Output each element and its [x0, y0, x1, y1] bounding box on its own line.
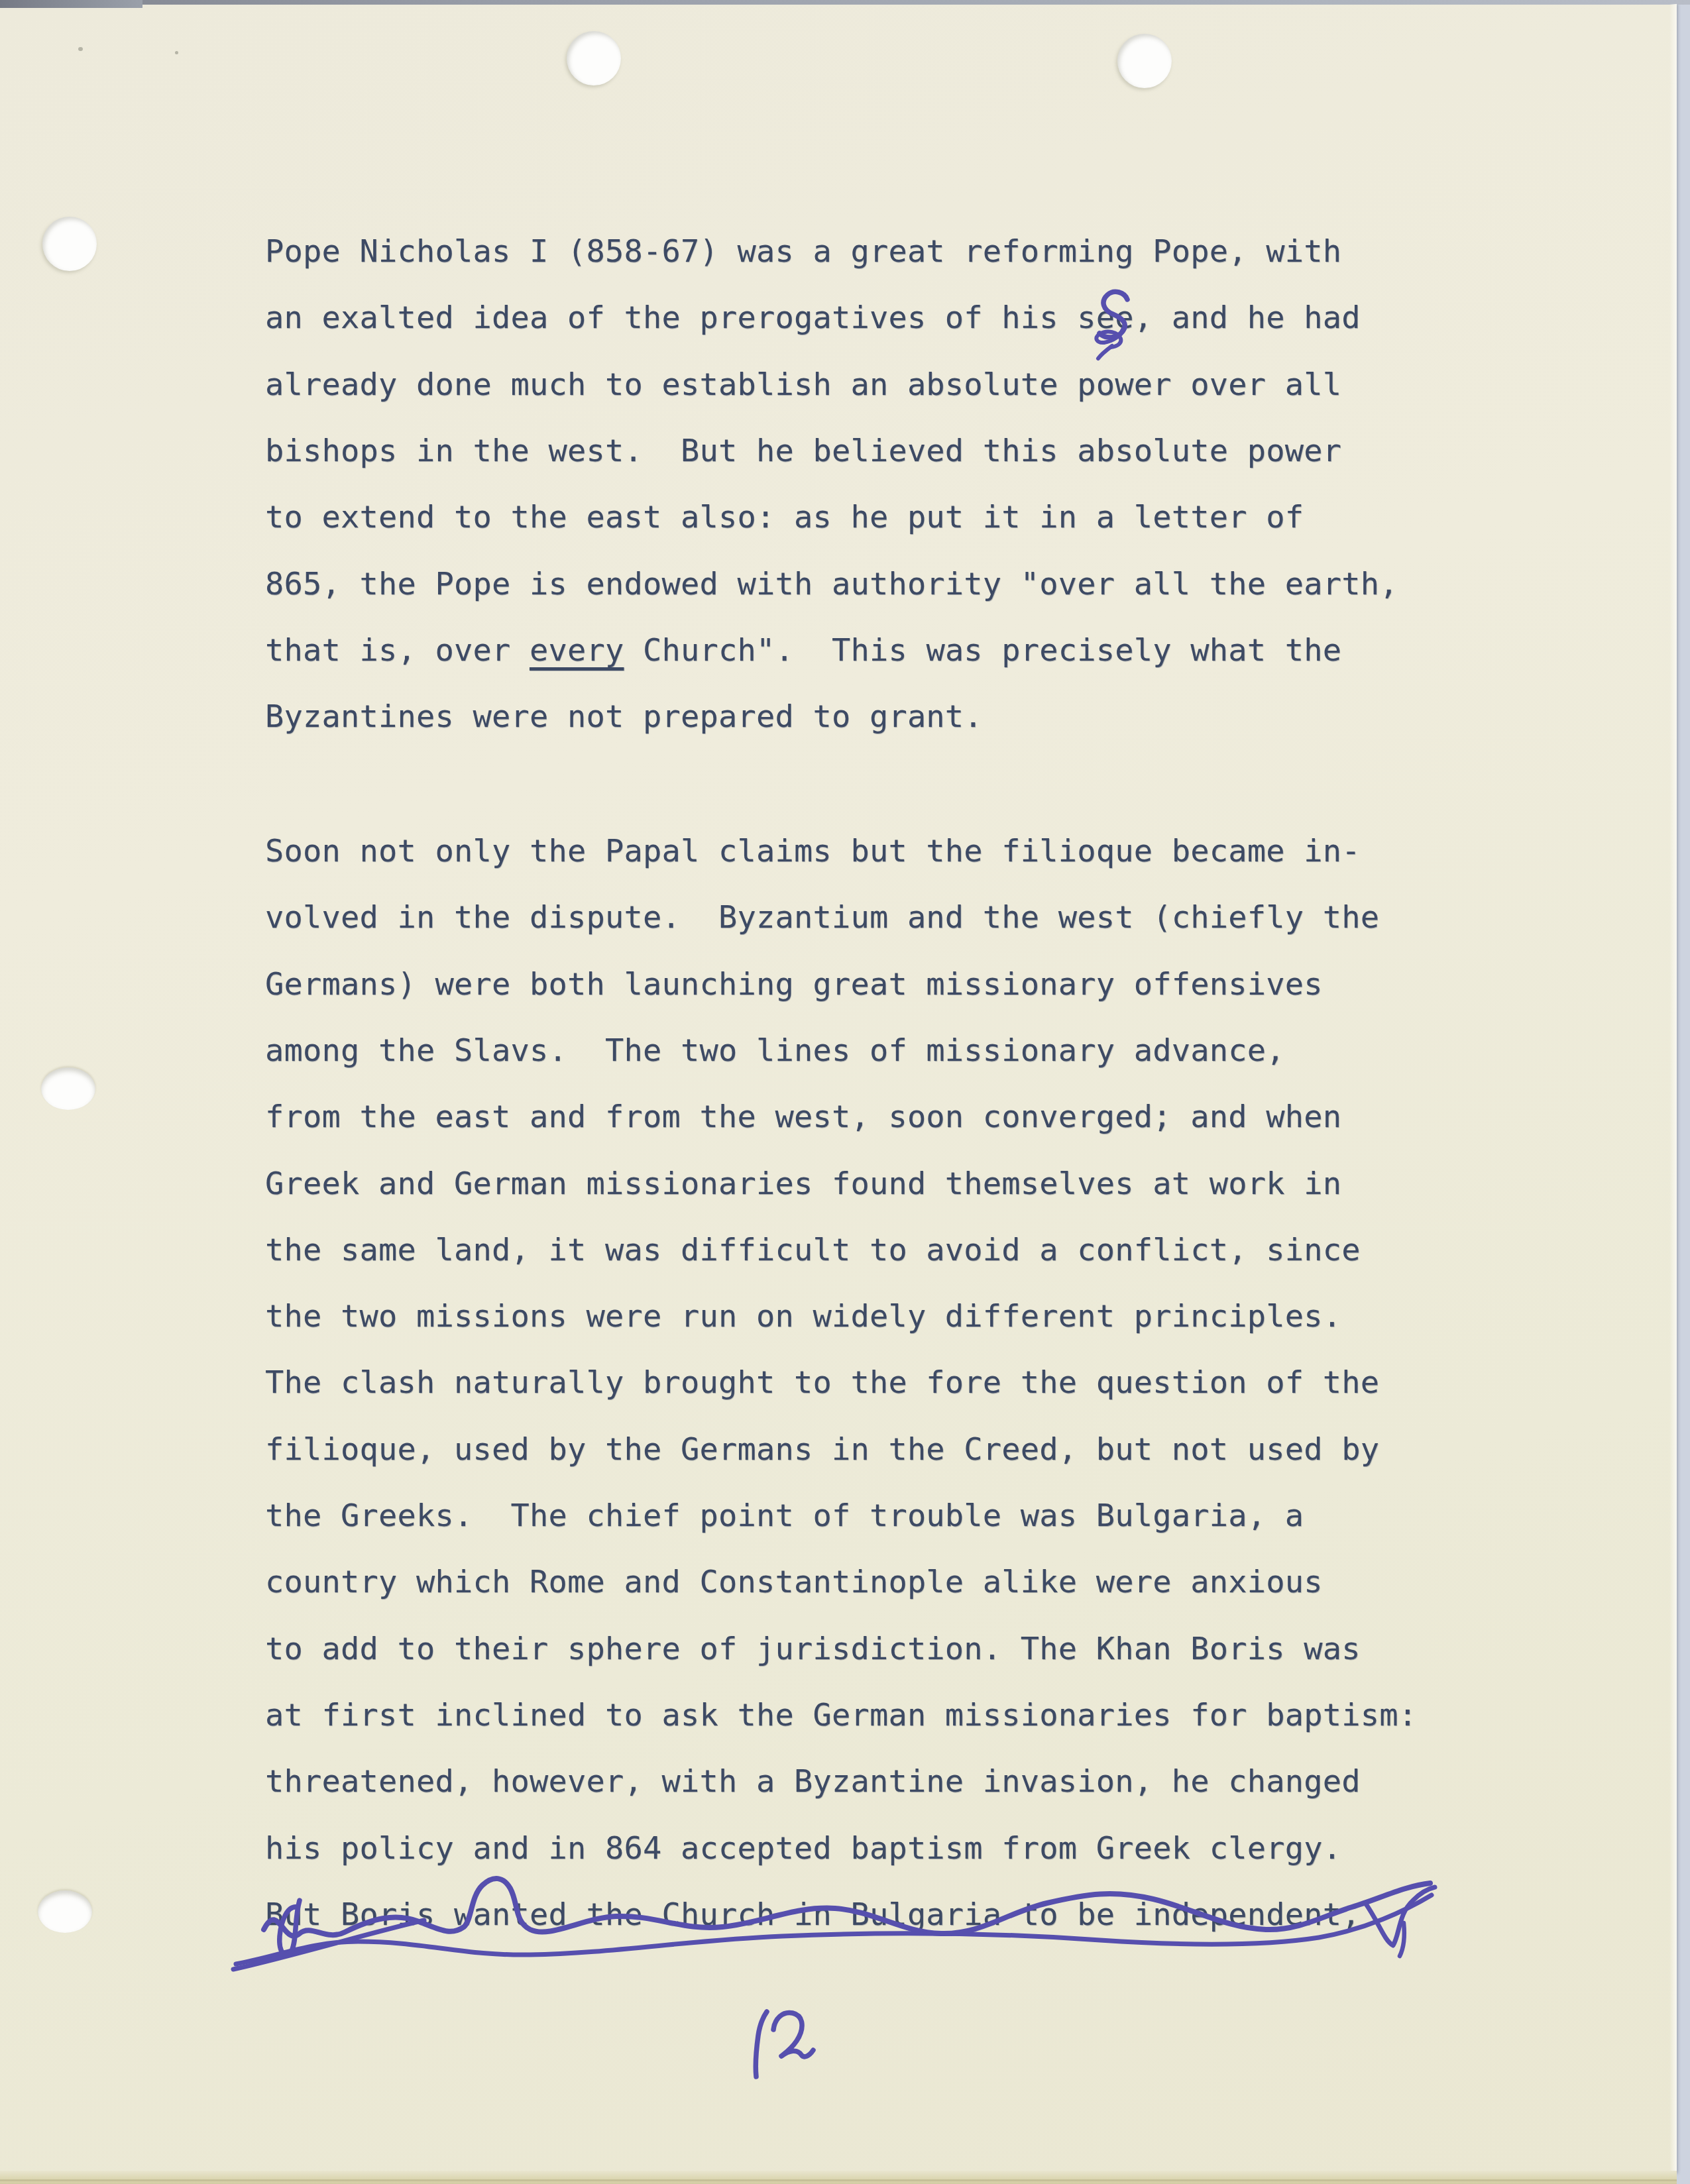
typed-line: to add to their sphere of jurisdiction. … — [265, 1633, 1361, 1665]
typed-line: Germans) were both launching great missi… — [265, 969, 1323, 1000]
typed-line: among the Slavs. The two lines of missio… — [265, 1035, 1285, 1066]
typed-line: Pope Nicholas I (858-67) was a great ref… — [265, 236, 1341, 267]
typed-line: filioque, used by the Germans in the Cre… — [265, 1434, 1379, 1465]
typed-line: bishops in the west. But he believed thi… — [265, 435, 1341, 466]
typed-line: an exalted idea of the prerogatives of h… — [265, 302, 1361, 333]
typed-line: already done much to establish an absolu… — [265, 369, 1341, 400]
typed-line: Greek and German missionaries found them… — [265, 1168, 1341, 1199]
scanned-document-page: Pope Nicholas I (858-67) was a great ref… — [0, 0, 1690, 2184]
typed-line: at first inclined to ask the German miss… — [265, 1700, 1417, 1731]
typed-line: volved in the dispute. Byzantium and the… — [265, 902, 1379, 933]
underlined-word: every — [530, 632, 624, 669]
typed-line: Soon not only the Papal claims but the f… — [265, 836, 1361, 867]
typed-line: threatened, however, with a Byzantine in… — [265, 1766, 1361, 1797]
typed-line: the Greeks. The chief point of trouble w… — [265, 1500, 1304, 1531]
typed-line: his policy and in 864 accepted baptism f… — [265, 1833, 1341, 1864]
typed-line: the two missions were run on widely diff… — [265, 1301, 1341, 1332]
typed-line: from the east and from the west, soon co… — [265, 1101, 1341, 1132]
typed-line: the same land, it was difficult to avoid… — [265, 1234, 1361, 1266]
typed-line-struck-out: But Boris wanted the Church in Bulgaria … — [265, 1899, 1361, 1930]
typed-line: to extend to the east also: as he put it… — [265, 502, 1304, 533]
typed-text-block: Pope Nicholas I (858-67) was a great ref… — [0, 0, 1690, 2184]
typed-line: country which Rome and Constantinople al… — [265, 1566, 1323, 1598]
typed-line: 865, the Pope is endowed with authority … — [265, 569, 1398, 600]
typed-line: Byzantines were not prepared to grant. — [265, 701, 983, 732]
typed-line: The clash naturally brought to the fore … — [265, 1367, 1379, 1398]
typed-line: that is, over every Church". This was pr… — [265, 635, 1341, 666]
